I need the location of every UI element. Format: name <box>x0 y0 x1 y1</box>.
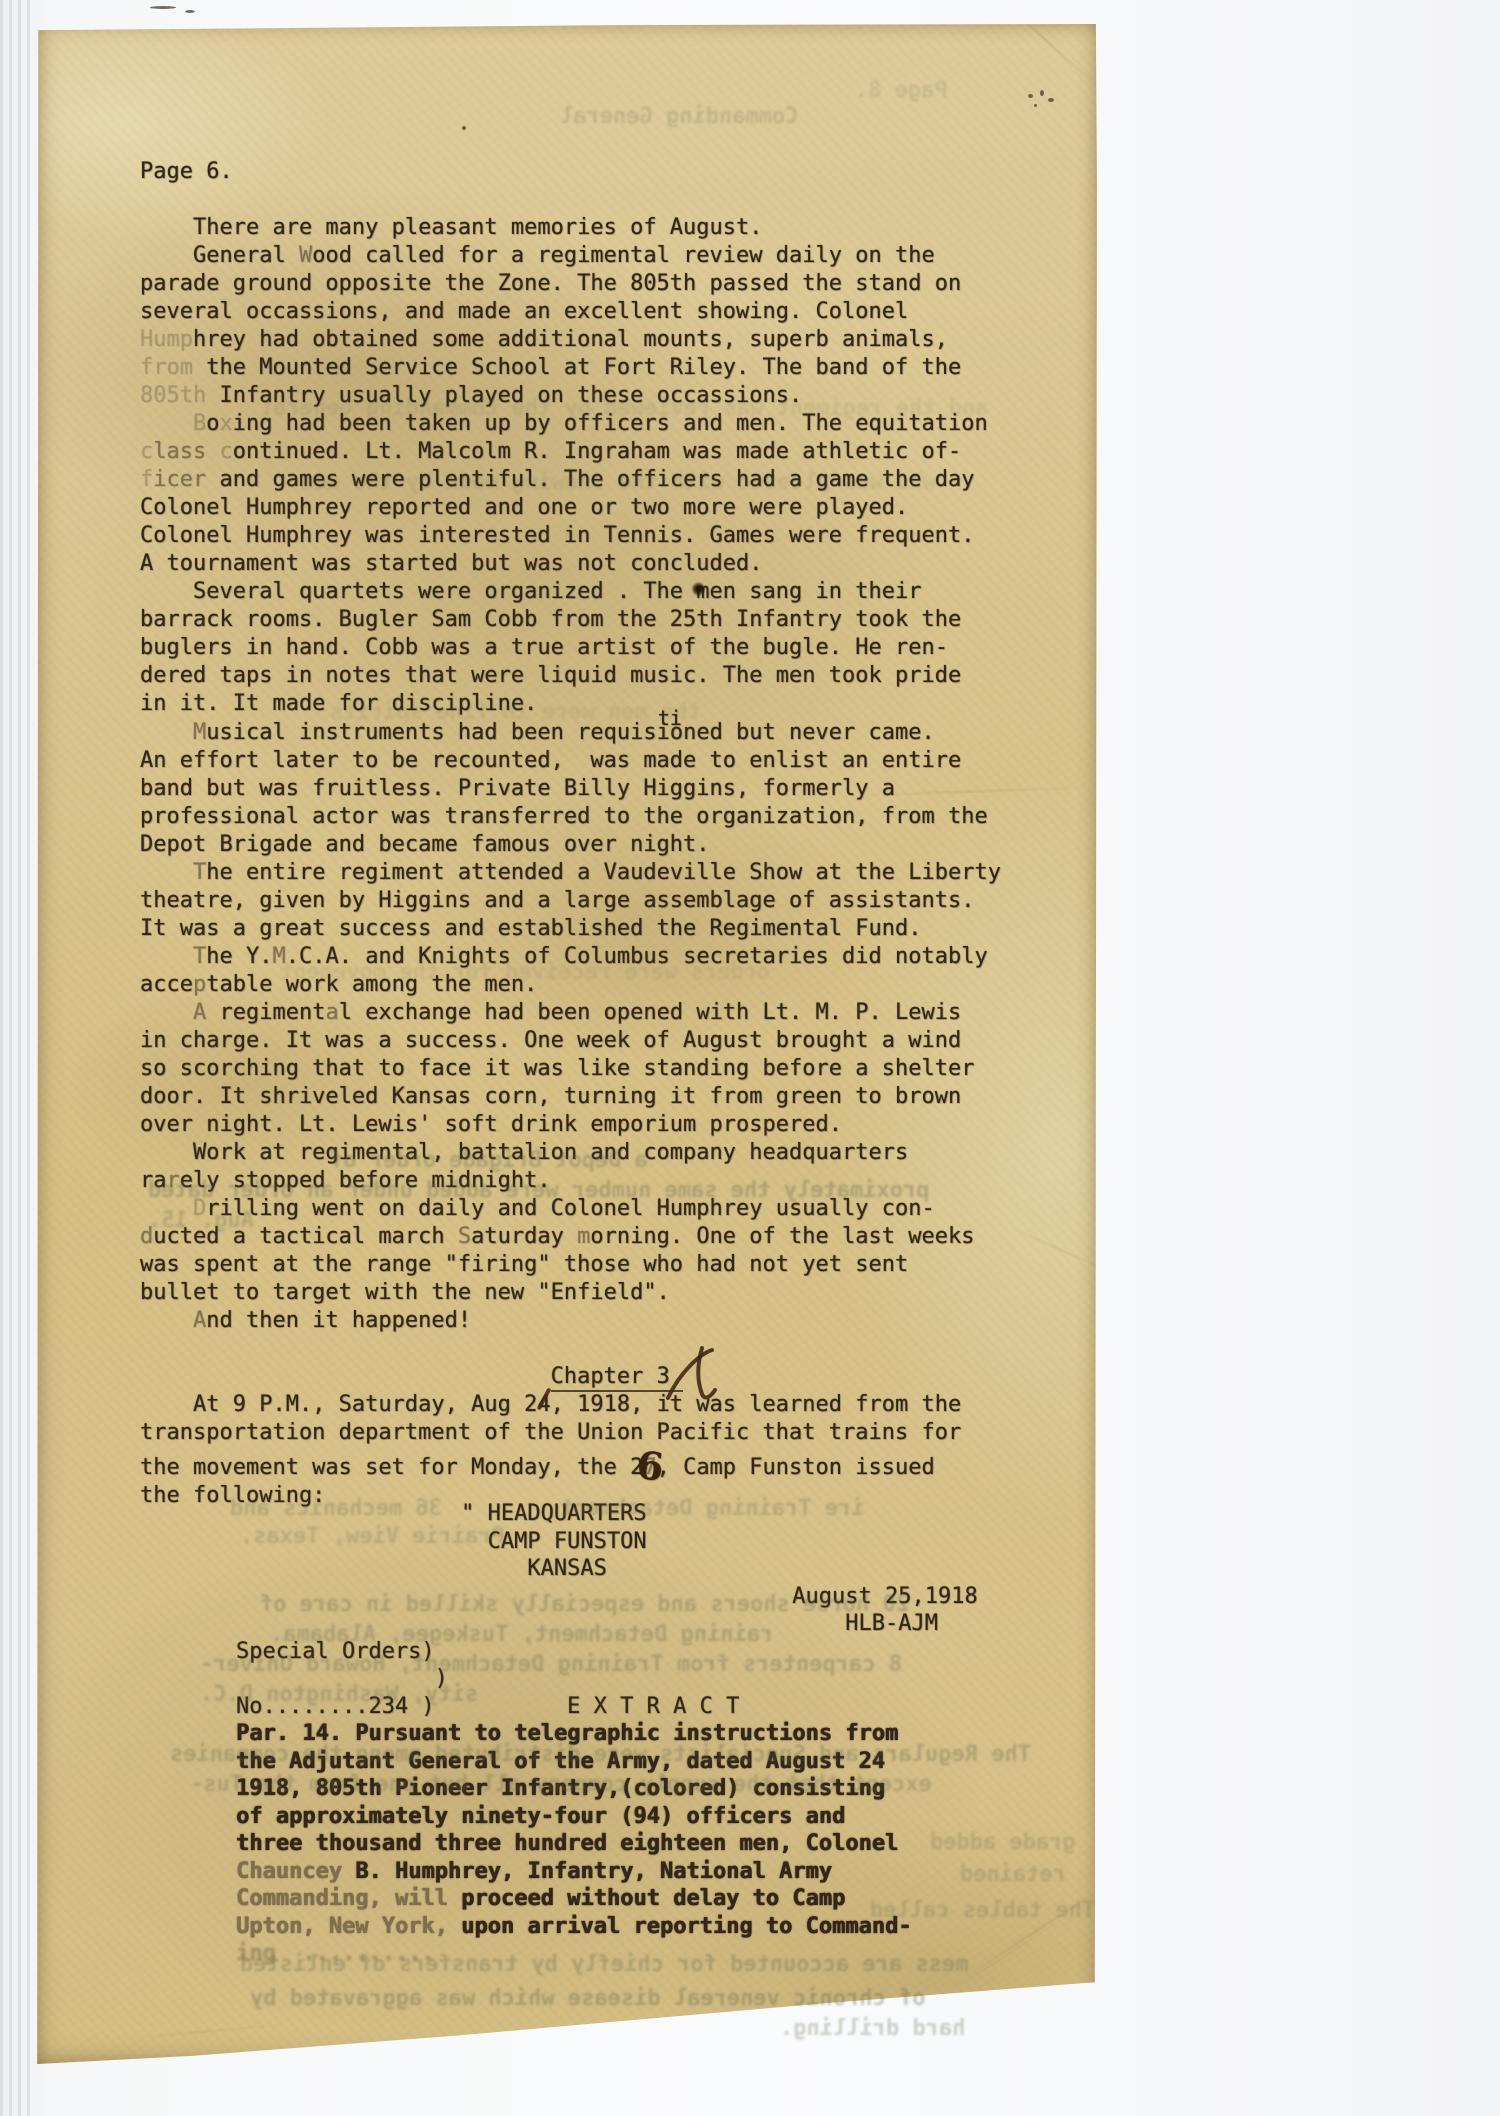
typed-line: from the Mounted Service School at Fort … <box>140 354 1001 382</box>
bleedthrough-text: 36 mechanics and <box>230 1496 442 1521</box>
typed-line: ducted a tactical march Saturday morning… <box>140 1223 1001 1251</box>
bleedthrough-text: Aug. 15. <box>148 1208 254 1233</box>
typed-line: Chauncey B. Humphrey, Infantry, National… <box>236 1858 978 1886</box>
bleedthrough-text: except that the supply company all but o… <box>190 1772 932 1797</box>
typed-line: band but was fruitless. Private Billy Hi… <box>140 775 1001 803</box>
typed-line: General Wood called for a regimental rev… <box>140 242 1001 270</box>
typed-line: the movement was set for Monday, the 276… <box>140 1447 1001 1482</box>
ink-speck <box>150 6 176 9</box>
ink-speck <box>1034 104 1037 107</box>
typed-line: buglers in hand. Cobb was a true artist … <box>140 634 1001 662</box>
typed-line: in charge. It was a success. One week of… <box>140 1027 1001 1055</box>
ink-speck <box>1040 90 1044 96</box>
scanner-edge-streaks <box>0 0 36 2116</box>
typed-line: transportation department of the Union P… <box>140 1419 1001 1447</box>
order-extract-block: " HEADQUARTERS CAMP FUNSTON KANSAS Augus… <box>236 1500 978 1968</box>
bleedthrough-text: Page 8. <box>855 78 948 103</box>
typed-line: barrack rooms. Bugler Sam Cobb from the … <box>140 606 1001 634</box>
bleedthrough-text: grade added <box>930 1830 1076 1855</box>
typed-line: theatre, given by Higgins and a large as… <box>140 887 1001 915</box>
bleedthrough-text: The Regulars and Specialists were distri… <box>170 1742 1031 1767</box>
typed-line: It was a great success and established t… <box>140 915 1001 943</box>
typed-line: was spent at the range "firing" those wh… <box>140 1251 1001 1279</box>
bleedthrough-text: a Depot Brigade order of <box>330 1148 648 1173</box>
ink-speck <box>185 10 195 13</box>
typed-line: Several quartets were organized . The me… <box>140 578 1001 606</box>
typed-line: And then it happened! <box>140 1307 1001 1335</box>
bleedthrough-text: the men were in fine spirits <box>330 700 701 725</box>
bleedthrough-text: 20 horse shoers and especially skilled i… <box>260 1592 909 1617</box>
typed-line: Commanding, will proceed without delay t… <box>236 1885 978 1913</box>
bleedthrough-text: The tables called <box>870 1898 1095 1923</box>
typed-line <box>140 186 1001 214</box>
bleedthrough-text: raining Detachment, Tuskegee, Alabama. <box>270 1622 773 1647</box>
bleedthrough-text: Prairie View, Texas. <box>240 1524 505 1549</box>
typed-line: professional actor was transferred to th… <box>140 803 1001 831</box>
paper-crease <box>1005 1224 1116 1276</box>
typed-line: Colonel Humphrey reported and one or two… <box>140 494 1001 522</box>
bleedthrough-text: ire Training Detachment <box>560 1496 865 1521</box>
bleedthrough-text: who was pleased with the showing made by… <box>300 470 936 495</box>
typed-line: Humphrey had obtained some additional mo… <box>140 326 1001 354</box>
scanned-document-page: Page 6. There are many pleasant memories… <box>0 0 1500 2116</box>
bleedthrough-text: mess are accounted for chiefly by transf… <box>240 1952 968 1977</box>
typed-line: There are many pleasant memories of Augu… <box>140 214 1001 242</box>
bleedthrough-text: of chronic venereal disease which was ag… <box>250 1986 926 2011</box>
ink-speck <box>1048 98 1054 102</box>
typed-line: parade ground opposite the Zone. The 805… <box>140 270 1001 298</box>
bleedthrough-text: and the regiment was reviewed by the Com… <box>260 396 988 421</box>
typed-line: Colonel Humphrey was interested in Tenni… <box>140 522 1001 550</box>
bleedthrough-text: sity, Washington D.C. <box>200 1682 478 1707</box>
bleedthrough-text: orders were received for the movement <box>280 960 770 985</box>
typed-line: of approximately ninety-four (94) office… <box>236 1803 978 1831</box>
typed-line: three thousand three hundred eighteen me… <box>236 1830 978 1858</box>
typed-line: At 9 P.M., Saturday, Aug 24, 1918, it wa… <box>140 1391 1001 1419</box>
bleedthrough-text: proximately the same number were added u… <box>148 1178 929 1203</box>
typed-line: dered taps in notes that were liquid mus… <box>140 662 1001 690</box>
typed-line: A tournament was started but was not con… <box>140 550 1001 578</box>
bleedthrough-text: 8 carpenters from Training Detachment, H… <box>200 1652 902 1677</box>
bleedthrough-text: retained <box>960 1862 1066 1887</box>
typed-line: Depot Brigade and became famous over nig… <box>140 831 1001 859</box>
typed-line: An effort later to be recounted, was mad… <box>140 747 1001 775</box>
typed-line: so scorching that to face it was like st… <box>140 1055 1001 1083</box>
typed-line: several occassions, and made an excellen… <box>140 298 1001 326</box>
ink-speck <box>1028 94 1033 98</box>
typed-line: Upton, New York, upon arrival reporting … <box>236 1913 978 1941</box>
typed-line: Page 6. <box>140 158 1001 186</box>
typed-line: A regimental exchange had been opened wi… <box>140 999 1001 1027</box>
bleedthrough-text: hard drilling. <box>780 2016 965 2041</box>
typed-line: KANSAS <box>236 1555 978 1583</box>
typed-line: The entire regiment attended a Vaudevill… <box>140 859 1001 887</box>
typed-line: class continued. Lt. Malcolm R. Ingraham… <box>140 438 1001 466</box>
ink-blot <box>692 582 705 596</box>
paper-crease <box>120 2023 290 2041</box>
typed-line <box>140 1335 1001 1363</box>
paper-crease <box>973 0 1116 104</box>
typed-line: door. It shriveled Kansas corn, turning … <box>140 1083 1001 1111</box>
bleedthrough-text: Commanding General <box>560 104 798 129</box>
typed-line: Chapter 3 <box>140 1363 1001 1391</box>
typed-line: over night. Lt. Lewis' soft drink empori… <box>140 1111 1001 1139</box>
main-typed-text: Page 6. There are many pleasant memories… <box>140 158 1001 1510</box>
typed-line: bullet to target with the new "Enfield". <box>140 1279 1001 1307</box>
ink-speck <box>462 126 466 130</box>
